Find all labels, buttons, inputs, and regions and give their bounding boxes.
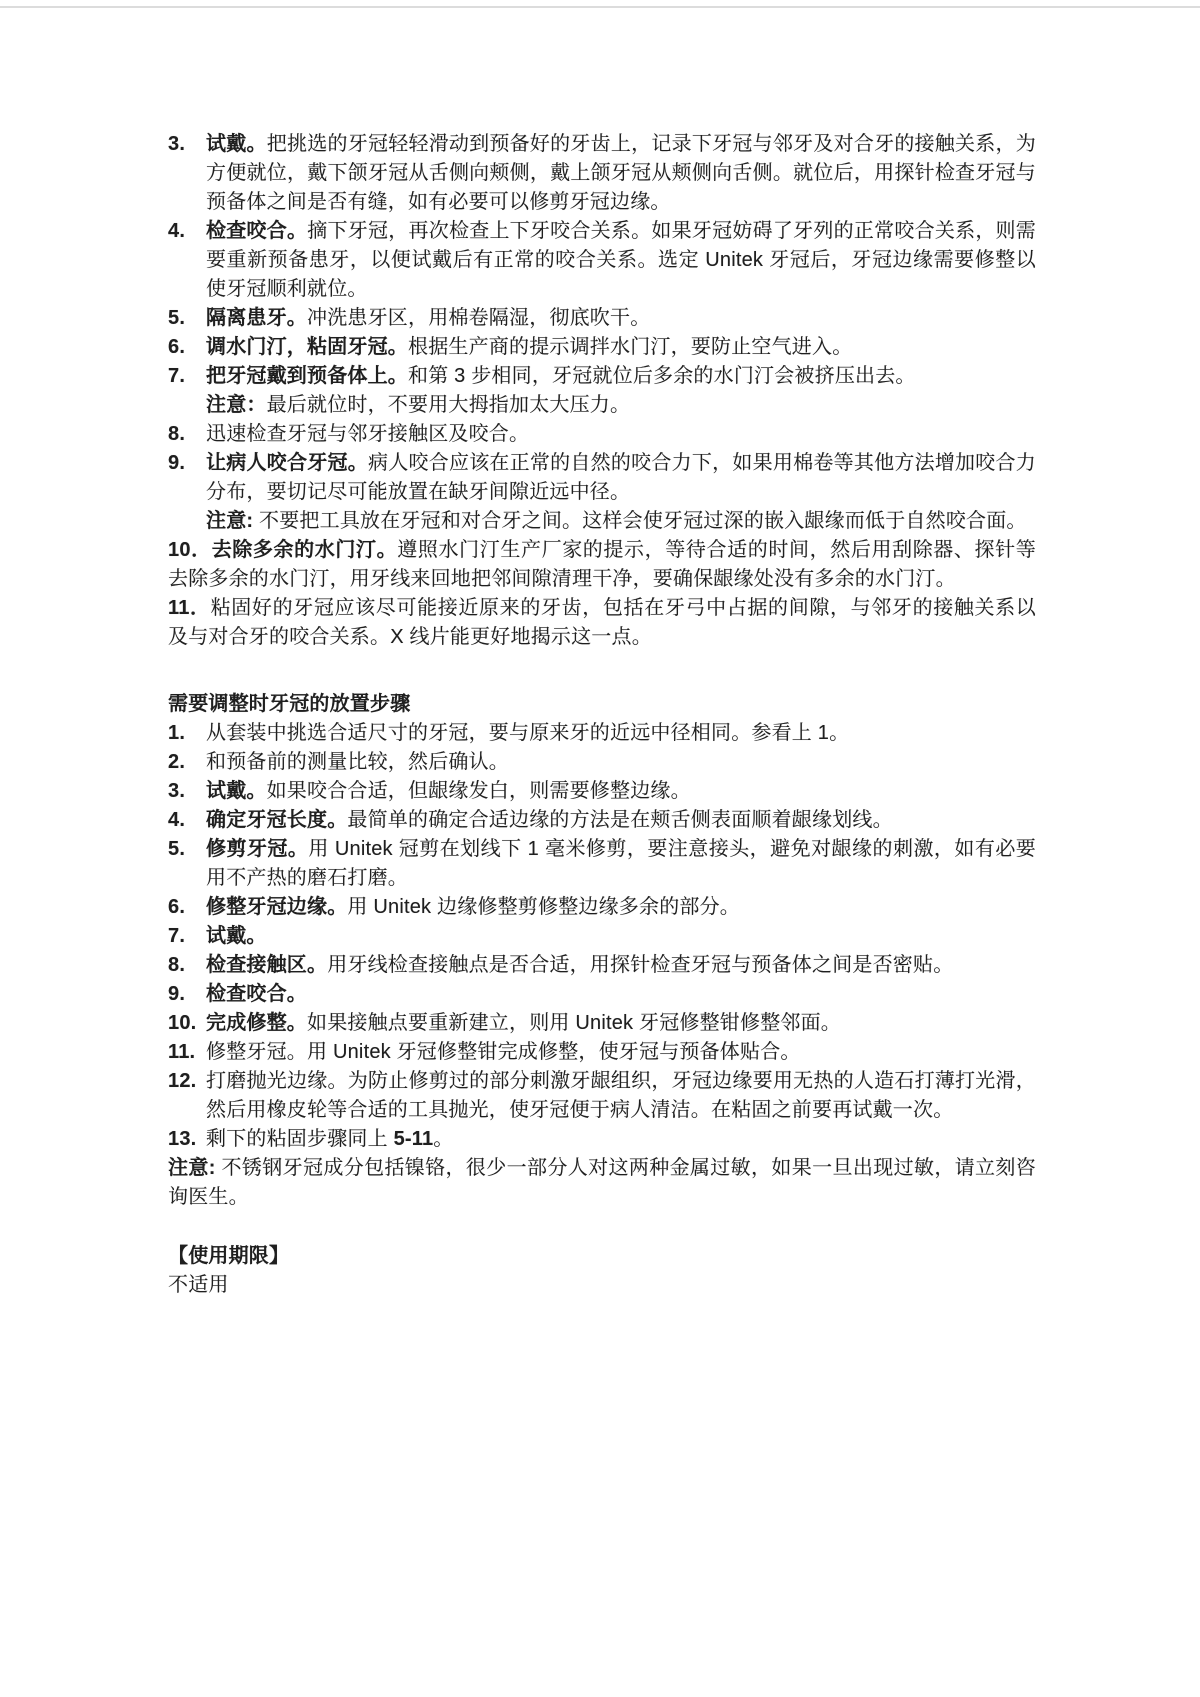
text-segment: 把牙冠戴到预备体上。 — [206, 365, 408, 387]
text-segment: 和预备前的测量比较，然后确认。 — [206, 751, 509, 773]
text-segment: 不锈钢牙冠成分包括镍铬，很少一部分人对这两种金属过敏，如果一旦出现过敏，请立刻咨… — [168, 1157, 1036, 1208]
text-segment: 5-11 — [394, 1128, 434, 1150]
text-segment: 不要把工具放在牙冠和对合牙之间。这样会使牙冠过深的嵌入龈缘而低于自然咬合面。 — [253, 510, 1026, 532]
item-number: 6. — [168, 893, 185, 922]
text-segment: 【使用期限】 — [168, 1245, 289, 1267]
paragraph: 11．粘固好的牙冠应该尽可能接近原来的牙齿，包括在牙弓中占据的间隙，与邻牙的接触… — [168, 594, 1036, 652]
text-segment: 试戴。 — [206, 780, 267, 802]
item-number: 3. — [168, 777, 185, 806]
list-item: 6.修整牙冠边缘。用 Unitek 边缘修整剪修整边缘多余的部分。 — [168, 893, 1036, 922]
section-heading: 【使用期限】 — [168, 1242, 1036, 1271]
document-page: 3.试戴。把挑选的牙冠轻轻滑动到预备好的牙齿上，记录下牙冠与邻牙及对合牙的接触关… — [168, 130, 1036, 1300]
text-segment: 检查咬合。 — [206, 983, 307, 1005]
note-paragraph: 注意: 不要把工具放在牙冠和对合牙之间。这样会使牙冠过深的嵌入龈缘而低于自然咬合… — [168, 507, 1036, 536]
item-number: 13. — [168, 1125, 196, 1154]
text-segment: 如果接触点要重新建立，则用 Unitek 牙冠修整钳修整邻面。 — [307, 1012, 841, 1034]
text-segment: 根据生产商的提示调拌水门汀，要防止空气进入。 — [408, 336, 852, 358]
text-segment: 粘固好的牙冠应该尽可能接近原来的牙齿，包括在牙弓中占据的间隙，与邻牙的接触关系以… — [168, 597, 1036, 648]
section-heading: 需要调整时牙冠的放置步骤 — [168, 690, 1036, 719]
item-number: 2. — [168, 748, 185, 777]
text-segment: 不适用 — [168, 1274, 229, 1296]
text-segment: 检查咬合。 — [206, 220, 307, 242]
list-item: 2.和预备前的测量比较，然后确认。 — [168, 748, 1036, 777]
text-segment: 修整牙冠边缘。 — [206, 896, 347, 918]
list-item: 9.检查咬合。 — [168, 980, 1036, 1009]
item-number: 9. — [168, 449, 185, 478]
text-segment: 如果咬合合适，但龈缘发白，则需要修整边缘。 — [267, 780, 691, 802]
item-number: 3. — [168, 130, 185, 159]
item-number: 4. — [168, 217, 185, 246]
note-paragraph: 注意：最后就位时，不要用大拇指加太大压力。 — [168, 391, 1036, 420]
item-number: 9. — [168, 980, 185, 1009]
text-segment: 隔离患牙。 — [206, 307, 307, 329]
item-number: 4. — [168, 806, 185, 835]
item-number: 8. — [168, 420, 185, 449]
text-segment: 需要调整时牙冠的放置步骤 — [168, 693, 410, 715]
paragraph: 不适用 — [168, 1271, 1036, 1300]
item-number: 1. — [168, 719, 185, 748]
list-item: 3.试戴。把挑选的牙冠轻轻滑动到预备好的牙齿上，记录下牙冠与邻牙及对合牙的接触关… — [168, 130, 1036, 217]
text-segment: 和第 3 步相同，牙冠就位后多余的水门汀会被挤压出去。 — [408, 365, 916, 387]
text-segment: 确定牙冠长度。 — [206, 809, 347, 831]
text-segment: 用 Unitek 边缘修整剪修整边缘多余的部分。 — [347, 896, 740, 918]
text-segment: 检查接触区。 — [206, 954, 327, 976]
text-segment: 摘下牙冠，再次检查上下牙咬合关系。如果牙冠妨碍了牙列的正常咬合关系，则需要重新预… — [206, 220, 1036, 300]
text-segment: 修剪牙冠。 — [206, 838, 308, 860]
list-item: 8.检查接触区。用牙线检查接触点是否合适，用探针检查牙冠与预备体之间是否密贴。 — [168, 951, 1036, 980]
text-segment: 把挑选的牙冠轻轻滑动到预备好的牙齿上，记录下牙冠与邻牙及对合牙的接触关系，为方便… — [206, 133, 1036, 213]
list-item: 6.调水门汀，粘固牙冠。根据生产商的提示调拌水门汀，要防止空气进入。 — [168, 333, 1036, 362]
text-segment: 从套装中挑选合适尺寸的牙冠，要与原来牙的近远中径相同。参看上 1。 — [206, 722, 849, 744]
text-segment: 注意： — [206, 394, 267, 416]
text-segment: 迅速检查牙冠与邻牙接触区及咬合。 — [206, 423, 529, 445]
list-item: 11.修整牙冠。用 Unitek 牙冠修整钳完成修整，使牙冠与预备体贴合。 — [168, 1038, 1036, 1067]
list-item: 1.从套装中挑选合适尺寸的牙冠，要与原来牙的近远中径相同。参看上 1。 — [168, 719, 1036, 748]
text-segment: 剩下的粘固步骤同上 — [206, 1128, 394, 1150]
text-segment: 让病人咬合牙冠。 — [206, 452, 368, 474]
item-number: 12. — [168, 1067, 196, 1096]
text-segment: 最后就位时，不要用大拇指加太大压力。 — [267, 394, 631, 416]
list-item: 9.让病人咬合牙冠。病人咬合应该在正常的自然的咬合力下，如果用棉卷等其他方法增加… — [168, 449, 1036, 507]
list-item: 7.试戴。 — [168, 922, 1036, 951]
text-segment: 调水门汀，粘固牙冠。 — [206, 336, 408, 358]
note-paragraph: 注意: 不锈钢牙冠成分包括镍铬，很少一部分人对这两种金属过敏，如果一旦出现过敏，… — [168, 1154, 1036, 1212]
item-number: 11. — [168, 1038, 195, 1067]
text-segment: 用 Unitek 冠剪在划线下 1 毫米修剪，要注意接头，避免对龈缘的刺激，如有… — [206, 838, 1036, 889]
text-segment: 冲洗患牙区，用棉卷隔湿，彻底吹干。 — [307, 307, 650, 329]
item-number: 6. — [168, 333, 185, 362]
list-item: 4.检查咬合。摘下牙冠，再次检查上下牙咬合关系。如果牙冠妨碍了牙列的正常咬合关系… — [168, 217, 1036, 304]
text-segment: 试戴。 — [206, 133, 267, 155]
item-number: 10. — [168, 1009, 196, 1038]
list-item: 12.打磨抛光边缘。为防止修剪过的部分刺激牙龈组织，牙冠边缘要用无热的人造石打薄… — [168, 1067, 1036, 1125]
text-segment: 11． — [168, 597, 211, 619]
text-segment: 10． — [168, 539, 212, 561]
scan-edge-line — [0, 6, 1200, 8]
text-segment: 注意: — [206, 510, 253, 532]
text-segment: 打磨抛光边缘。为防止修剪过的部分刺激牙龈组织，牙冠边缘要用无热的人造石打薄打光滑… — [206, 1070, 1036, 1121]
item-number: 7. — [168, 922, 185, 951]
list-item: 4.确定牙冠长度。最简单的确定合适边缘的方法是在颊舌侧表面顺着龈缘划线。 — [168, 806, 1036, 835]
list-item: 5.修剪牙冠。用 Unitek 冠剪在划线下 1 毫米修剪，要注意接头，避免对龈… — [168, 835, 1036, 893]
list-item: 5.隔离患牙。冲洗患牙区，用棉卷隔湿，彻底吹干。 — [168, 304, 1036, 333]
item-number: 8. — [168, 951, 185, 980]
text-segment: 修整牙冠。用 Unitek 牙冠修整钳完成修整，使牙冠与预备体贴合。 — [206, 1041, 801, 1063]
text-segment: 注意: — [168, 1157, 216, 1179]
text-segment: 去除多余的水门汀。 — [212, 539, 398, 561]
item-number: 5. — [168, 835, 185, 864]
paragraph: 10．去除多余的水门汀。遵照水门汀生产厂家的提示，等待合适的时间，然后用刮除器、… — [168, 536, 1036, 594]
item-number: 5. — [168, 304, 185, 333]
text-segment: 完成修整。 — [206, 1012, 307, 1034]
text-segment: 试戴。 — [206, 925, 267, 947]
text-segment: 用牙线检查接触点是否合适，用探针检查牙冠与预备体之间是否密贴。 — [327, 954, 953, 976]
list-item: 3.试戴。如果咬合合适，但龈缘发白，则需要修整边缘。 — [168, 777, 1036, 806]
list-item: 10.完成修整。如果接触点要重新建立，则用 Unitek 牙冠修整钳修整邻面。 — [168, 1009, 1036, 1038]
list-item: 8.迅速检查牙冠与邻牙接触区及咬合。 — [168, 420, 1036, 449]
text-segment: 。 — [433, 1128, 453, 1150]
list-item: 13.剩下的粘固步骤同上 5-11。 — [168, 1125, 1036, 1154]
list-item: 7.把牙冠戴到预备体上。和第 3 步相同，牙冠就位后多余的水门汀会被挤压出去。 — [168, 362, 1036, 391]
text-segment: 最简单的确定合适边缘的方法是在颊舌侧表面顺着龈缘划线。 — [347, 809, 892, 831]
item-number: 7. — [168, 362, 185, 391]
